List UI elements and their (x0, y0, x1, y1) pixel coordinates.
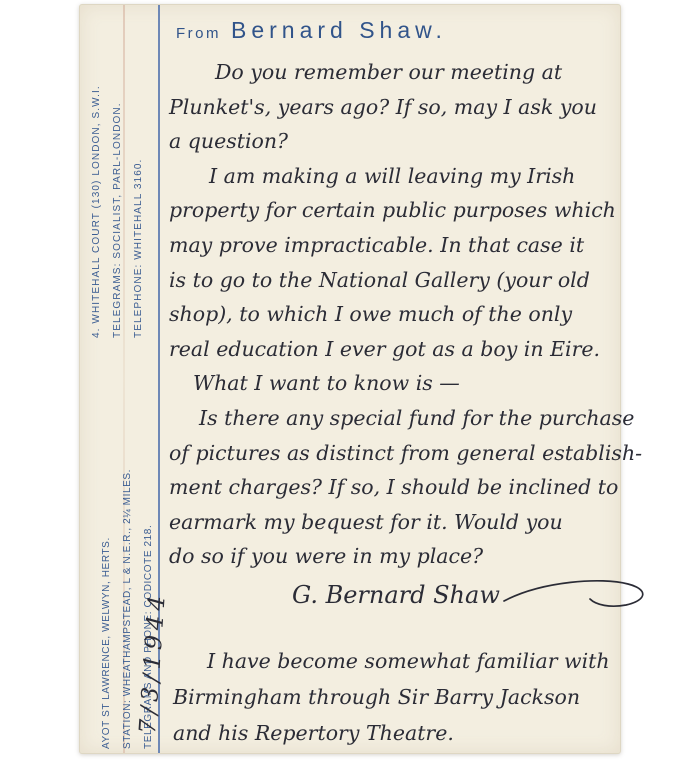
handwritten-line: earmark my bequest for it. Would you (169, 505, 631, 540)
scan-background: 4. WHITEHALL COURT (130) LONDON, S.W.I.T… (0, 0, 700, 761)
signature: G. Bernard Shaw (292, 575, 652, 627)
handwritten-line: ment charges? If so, I should be incline… (169, 470, 631, 505)
signature-text: G. Bernard Shaw (292, 581, 500, 609)
handwritten-line: of pictures as distinct from general est… (169, 436, 631, 471)
letter-body: Do you remember our meeting atPlunket's,… (169, 55, 631, 574)
postscript: I have become somewhat familiar withBirm… (173, 643, 633, 751)
handwritten-line: shop), to which I owe much of the only (169, 297, 631, 332)
postcard: 4. WHITEHALL COURT (130) LONDON, S.W.I.T… (79, 4, 621, 754)
letterhead-line: STATION: WHEATHAMPSTEAD, L & N.E.R., 2¼ … (117, 469, 138, 749)
handwritten-line: Do you remember our meeting at (169, 55, 631, 90)
letterhead-line: TELEGRAMS: SOCIALIST, PARL-LONDON. (107, 85, 128, 338)
letterhead-line: AYOT ST LAWRENCE, WELWYN, HERTS. (96, 469, 117, 749)
handwritten-line: and his Repertory Theatre. (173, 715, 633, 751)
letterhead-london-address: 4. WHITEHALL COURT (130) LONDON, S.W.I.T… (86, 85, 149, 338)
handwritten-line: real education I ever got as a boy in Ei… (169, 332, 631, 367)
handwritten-line: I am making a will leaving my Irish (169, 159, 631, 194)
letterhead-line: TELEPHONE: WHITEHALL 3160. (128, 85, 149, 338)
handwritten-line: Plunket's, years ago? If so, may I ask y… (169, 90, 631, 125)
sender-name: Bernard Shaw. (231, 17, 447, 43)
handwritten-line: may prove impracticable. In that case it (169, 228, 631, 263)
signature-flourish (502, 575, 652, 615)
handwritten-line: is to go to the National Gallery (your o… (169, 263, 631, 298)
handwritten-line: What I want to know is — (169, 366, 631, 401)
handwritten-line: a question? (169, 124, 631, 159)
handwritten-line: property for certain public purposes whi… (169, 193, 631, 228)
letterhead-line: 4. WHITEHALL COURT (130) LONDON, S.W.I. (86, 85, 107, 338)
handwritten-line: I have become somewhat familiar with (173, 643, 633, 679)
handwritten-line: Birmingham through Sir Barry Jackson (173, 679, 633, 715)
handwritten-line: Is there any special fund for the purcha… (169, 401, 631, 436)
handwritten-line: do so if you were in my place? (169, 539, 631, 574)
printed-header: FromBernard Shaw. (176, 17, 447, 44)
from-label: From (176, 25, 221, 42)
